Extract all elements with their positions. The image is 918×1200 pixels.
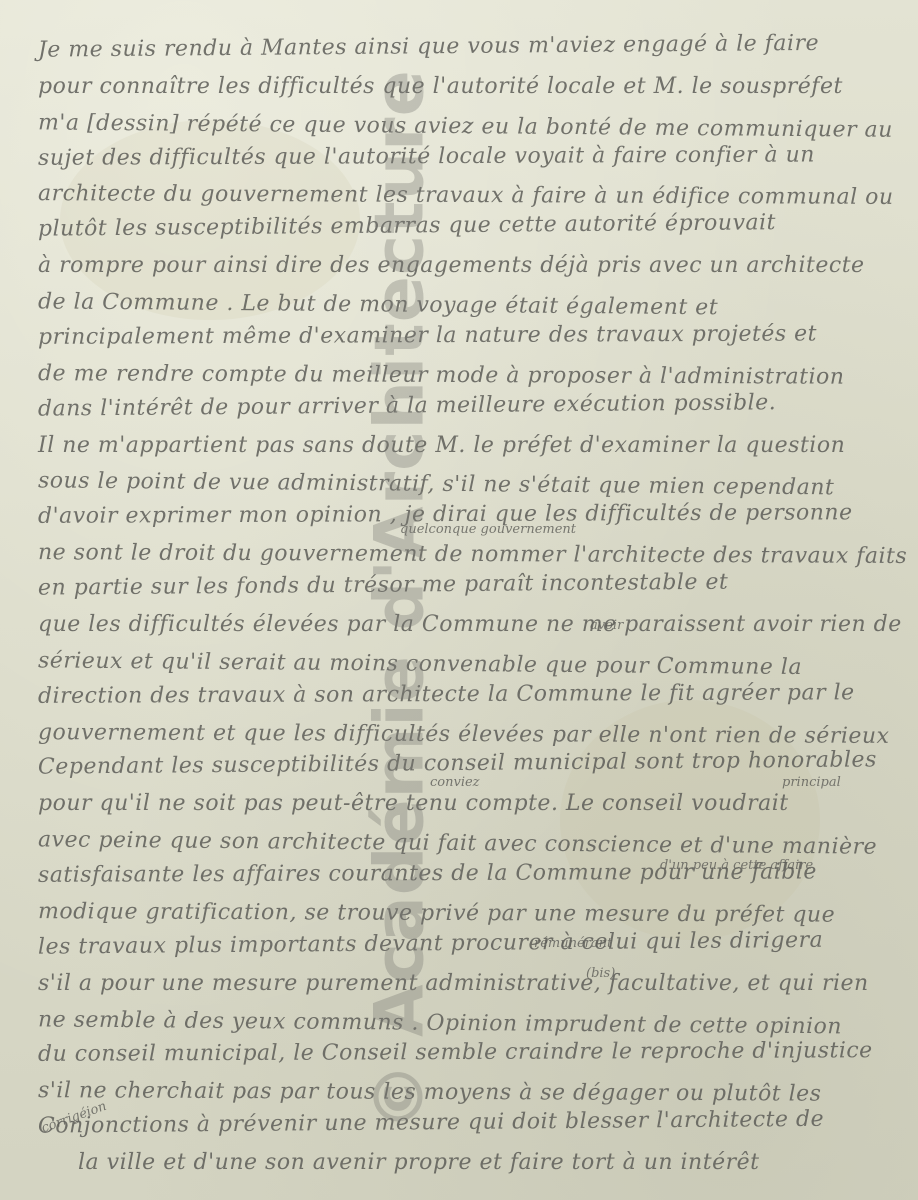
line-text: s'il a pour une mesure purement administ… <box>38 971 869 996</box>
manuscript-line: de me rendre compte du meilleur mode à p… <box>0 361 918 390</box>
interlinear-insertion: principal <box>782 775 841 790</box>
line-text: Il ne m'appartient pas sans doute M. le … <box>38 433 845 458</box>
manuscript-line: Il ne m'appartient pas sans doute M. le … <box>0 433 918 458</box>
manuscript-line: pour connaître les difficultés que l'aut… <box>0 74 918 99</box>
manuscript-line: du conseil municipal, le Conseil semble … <box>0 1038 918 1067</box>
manuscript-page: Je me suis rendu à Mantes ainsi que vous… <box>0 0 918 1200</box>
manuscript-line: architecte du gouvernement les travaux à… <box>0 181 918 210</box>
line-text: de me rendre compte du meilleur mode à p… <box>38 361 845 390</box>
line-text: gouvernement et que les difficultés élev… <box>38 720 890 749</box>
line-text: pour connaître les difficultés que l'aut… <box>38 74 843 99</box>
line-text: direction des travaux à son architecte l… <box>38 680 855 709</box>
manuscript-line: en partie sur les fonds du trésor me par… <box>0 568 918 601</box>
manuscript-line: à rompre pour ainsi dire des engagements… <box>0 253 918 278</box>
manuscript-line: de la Commune . Le but de mon voyage éta… <box>0 289 918 322</box>
interlinear-insertion: (bis) <box>586 966 615 981</box>
line-text: architecte du gouvernement les travaux à… <box>38 182 894 211</box>
line-text: du conseil municipal, le Conseil semble … <box>38 1039 873 1068</box>
interlinear-insertion: rémunérant <box>534 936 612 951</box>
line-text: ne sont le droit du gouvernement de nomm… <box>38 540 907 569</box>
line-text: que les difficultés élevées par la Commu… <box>38 612 902 637</box>
manuscript-line: gouvernement et que les difficultés élev… <box>0 720 918 749</box>
manuscript-line: sérieux et qu'il serait au moins convena… <box>0 648 918 681</box>
interlinear-insertion: avoir <box>590 618 623 633</box>
manuscript-line: ne semble à des yeux communs . Opinion i… <box>0 1007 918 1040</box>
line-text: à rompre pour ainsi dire des engagements… <box>38 253 865 278</box>
watermark: © Académie d'Architecture <box>361 69 440 1130</box>
manuscript-line: direction des travaux à son architecte l… <box>0 680 918 709</box>
manuscript-line: Je me suis rendu à Mantes ainsi que vous… <box>0 30 918 63</box>
manuscript-line: modique gratification, se trouve privé p… <box>0 899 918 928</box>
manuscript-line: pour qu'il ne soit pas peut-être tenu co… <box>0 791 918 816</box>
manuscript-line: s'il a pour une mesure purement administ… <box>0 971 918 996</box>
line-text: ne semble à des yeux communs . Opinion i… <box>38 1007 842 1039</box>
manuscript-line: dans l'intérêt de pour arriver à la meil… <box>0 389 918 422</box>
interlinear-insertion: d'un peu à cette affaire <box>660 858 813 873</box>
manuscript-line: sujet des difficultés que l'autorité loc… <box>0 142 918 171</box>
line-text: la ville et d'une son avenir propre et f… <box>78 1150 759 1175</box>
manuscript-line: Conjonctions à prévenir une mesure qui d… <box>0 1106 918 1139</box>
manuscript-line: s'il ne cherchait pas par tous les moyen… <box>0 1078 918 1107</box>
manuscript-line: la ville et d'une son avenir propre et f… <box>0 1150 918 1175</box>
manuscript-line: sous le point de vue administratif, s'il… <box>0 468 918 501</box>
manuscript-line: ne sont le droit du gouvernement de nomm… <box>0 540 918 569</box>
line-text: Je me suis rendu à Mantes ainsi que vous… <box>38 31 819 63</box>
manuscript-line: les travaux plus importants devant procu… <box>0 927 918 960</box>
manuscript-line: que les difficultés élevées par la Commu… <box>0 612 918 637</box>
manuscript-line: principalement même d'examiner la nature… <box>0 321 918 350</box>
